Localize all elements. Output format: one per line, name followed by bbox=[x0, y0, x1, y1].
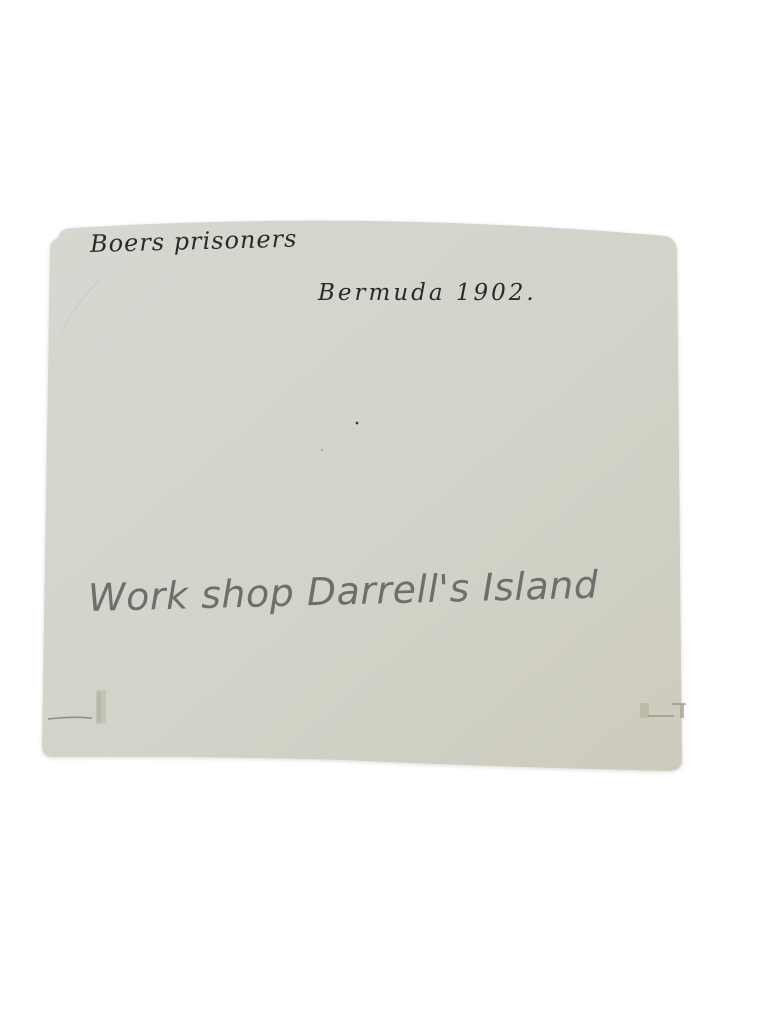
speck bbox=[321, 449, 323, 451]
photograph-card bbox=[0, 0, 768, 1024]
inscription-boers-prisoners: Boers prisoners bbox=[90, 225, 298, 258]
inscription-bermuda-1902: Bermuda 1902. bbox=[318, 280, 537, 306]
speck bbox=[356, 422, 359, 425]
photo-backdrop: Boers prisoners Bermuda 1902. Work shop … bbox=[0, 0, 768, 1024]
